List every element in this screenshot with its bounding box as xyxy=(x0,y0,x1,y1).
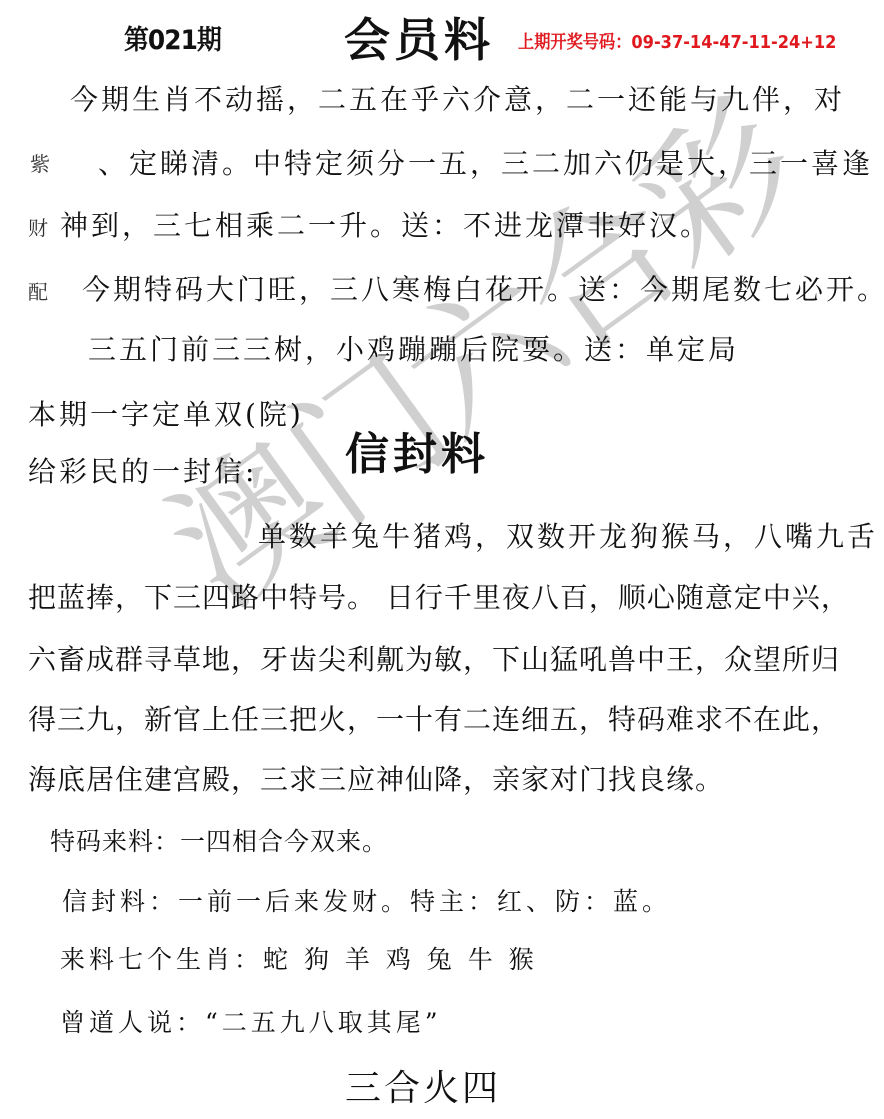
seven-zodiacs-line: 来料七个生肖：蛇 狗 羊 鸡 兔 牛 猴 xyxy=(60,940,538,976)
last-draw-numbers: 09-37-14-47-11-24+12 xyxy=(631,32,836,53)
last-draw-result: 上期开奖号码：09-37-14-47-11-24+12 xyxy=(518,28,836,54)
poem-line-4: 得三九，新官上任三把火，一十有二连细五，特码难求不在此， xyxy=(28,698,840,738)
member-line-4: 今期特码大门旺，三八寒梅白花开。送：今期尾数七必开。 xyxy=(82,268,884,308)
poem-line-5: 海底居住建宫殿，三求三应神仙降，亲家对门找良缘。 xyxy=(28,758,724,798)
member-line-3: 神到，三七相乘二一升。送：不进龙潭非好汉。 xyxy=(60,204,711,244)
bottom-title: 三合火四 xyxy=(345,1060,501,1111)
special-source-line: 特码来料：一四相合今双来。 xyxy=(50,822,388,858)
priest-saying-line: 曾道人说：“二五九八取其尾” xyxy=(60,1003,442,1039)
poem-line-2: 把蓝捧，下三四路中特号。 日行千里夜八百，顺心随意定中兴， xyxy=(28,576,850,616)
member-line-2-prefix: 紫 xyxy=(30,148,50,177)
poem-line-1: 单数羊兔牛猪鸡，双数开龙狗猴马，八嘴九舌 xyxy=(258,515,878,555)
page-title: 会员料 xyxy=(344,4,494,70)
single-double-line: 本期一字定单双(院) xyxy=(28,393,304,433)
member-line-2: 、定睇清。中特定须分一五，三二加六仍是大，三一喜逢 xyxy=(98,142,873,182)
member-line-4-prefix: 配 xyxy=(28,276,48,305)
envelope-material-line: 信封料：一前一后来发财。特主：红、防：蓝。 xyxy=(62,882,671,918)
letter-intro: 给彩民的一封信: xyxy=(28,450,257,490)
member-line-3-prefix: 财 xyxy=(28,212,48,241)
poem-line-3: 六畜成群寻草地，牙齿尖利鼿为敏，下山猛吼兽中王，众望所归 xyxy=(28,638,840,678)
last-draw-label: 上期开奖号码： xyxy=(518,32,631,53)
envelope-section-title: 信封料 xyxy=(345,418,489,482)
member-line-1: 今期生肖不动摇，二五在乎六介意，二一还能与九伴，对 xyxy=(70,78,845,118)
member-line-5: 三五门前三三树，小鸡蹦蹦后院耍。送：单定局 xyxy=(88,328,739,368)
issue-number: 第021期 xyxy=(124,18,221,57)
